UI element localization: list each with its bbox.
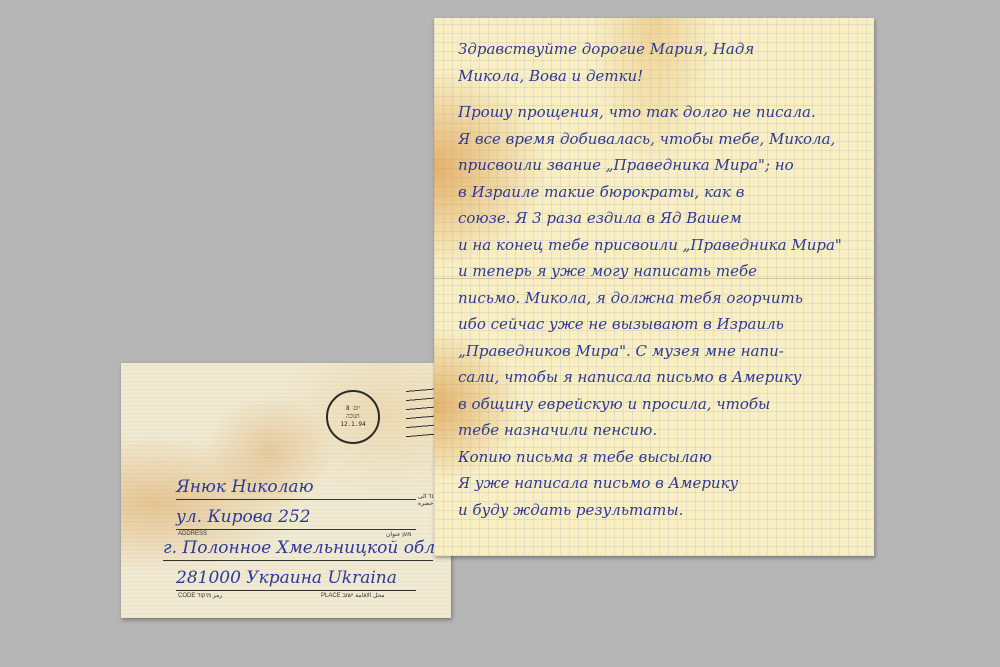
letter-line: и теперь я уже могу написать тебе [458, 258, 854, 285]
postmark-line1: 8 יום [346, 405, 360, 413]
postmark-line2: חנוכה [346, 413, 359, 421]
postmark-stamp: 8 יום חנוכה 12.1.94 [326, 390, 380, 444]
letter-line: Здравствуйте дорогие Мария, Надя [458, 36, 854, 63]
address-name: Янюк Николаю [176, 475, 416, 500]
handwritten-letter: Здравствуйте дорогие Мария, Надя Микола,… [434, 18, 874, 556]
address-label-place: PLACE محل الاقامة ישוב [321, 592, 385, 599]
letter-line: Я уже написала письмо в Америку [458, 470, 854, 497]
address-street: ул. Кирова 252 [176, 505, 416, 530]
letter-line: и буду ждать результаты. [458, 497, 854, 524]
letter-line: Микола, Вова и детки! [458, 63, 854, 90]
letter-line: „Праведников Мира". С музея мне напи- [458, 338, 854, 365]
letter-line: Я все время добивалась, чтобы тебе, Мико… [458, 126, 854, 153]
address-country: 281000 Украина Ukraina [176, 566, 416, 591]
letter-line: письмо. Микола, я должна тебя огорчить [458, 285, 854, 312]
letter-line: Прошу прощения, что так долго не писала. [458, 99, 854, 126]
envelope: 8 יום חנוכה 12.1.94 Янюк Николаю לכבוד ا… [121, 363, 451, 618]
letter-line: сали, чтобы я написала письмо в Америку [458, 364, 854, 391]
letter-line: в Израиле такие бюрократы, как в [458, 179, 854, 206]
postmark-date: 12.1.94 [340, 421, 365, 429]
letter-line: и на конец тебе присвоили „Праведника Ми… [458, 232, 854, 259]
address-city: г. Полонное Хмельницкой обл. [163, 536, 433, 561]
letter-body: Здравствуйте дорогие Мария, Надя Микола,… [458, 36, 854, 523]
letter-line: Копию письма я тебе высылаю [458, 444, 854, 471]
letter-line: союзе. Я 3 раза ездила в Яд Вашем [458, 205, 854, 232]
letter-line: тебе назначили пенсию. [458, 417, 854, 444]
letter-line: ибо сейчас уже не вызывают в Израиль [458, 311, 854, 338]
letter-line: в общину еврейскую и просила, чтобы [458, 391, 854, 418]
address-label-code: CODE رمز מיקוד [178, 592, 222, 599]
letter-line: присвоили звание „Праведника Мира"; но [458, 152, 854, 179]
cancellation-lines [406, 385, 436, 440]
